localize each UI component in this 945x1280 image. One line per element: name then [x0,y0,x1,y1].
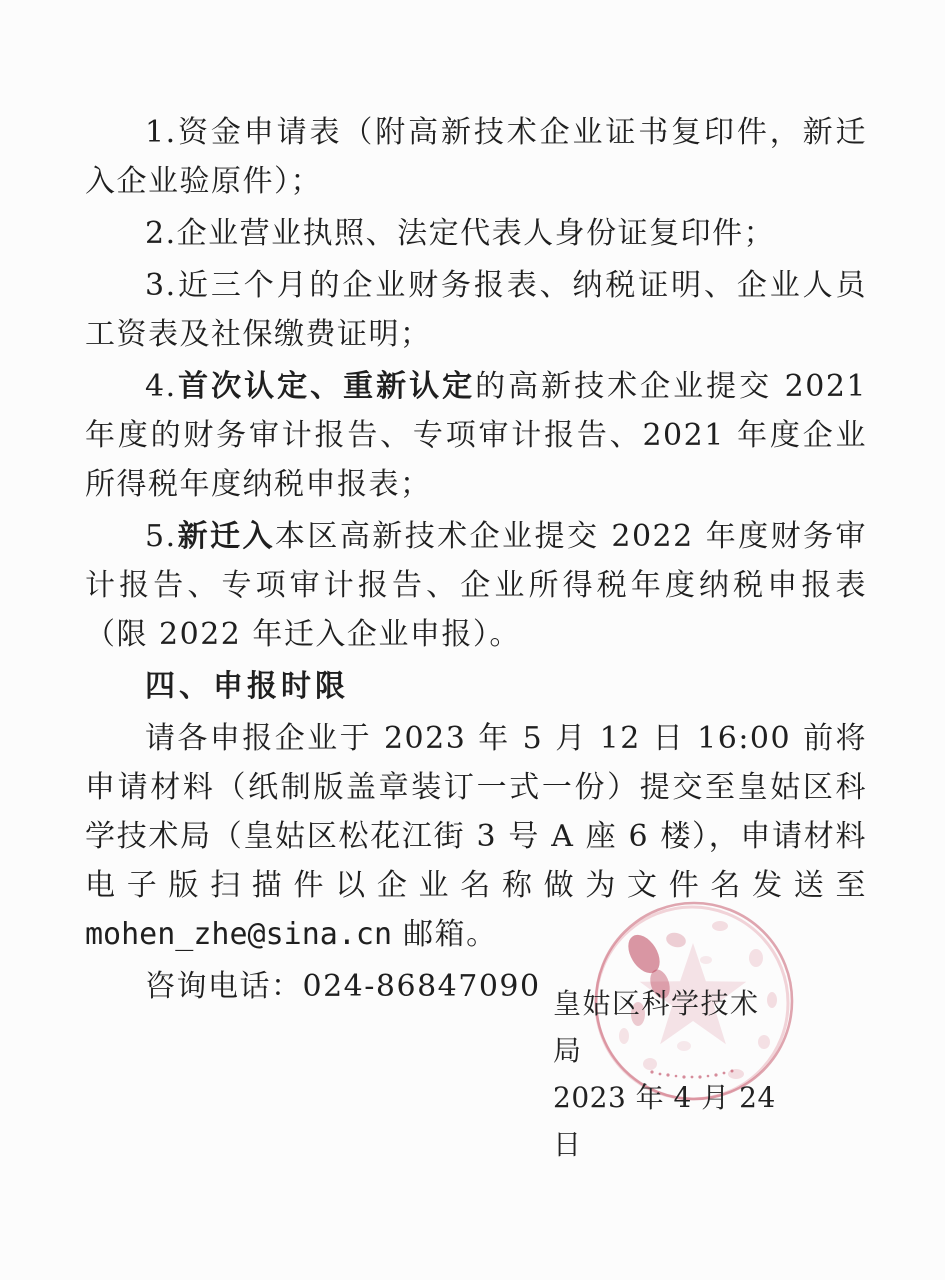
text-run: 5. [145,519,177,554]
signature-block: 皇姑区科学技术局 2023 年 4 月 24 日 [553,980,783,1168]
text-run: 2.企业营业执照、法定代表人身份证复印件； [145,216,775,251]
bold-text-run: 首次认定、重新认定 [177,369,476,404]
issuer-name: 皇姑区科学技术局 [553,980,783,1074]
text-run: 请各申报企业于 2023 年 5 月 12 日 16:00 前将申请材料（纸制版… [85,721,867,903]
item-5: 5.新迁入本区高新技术企业提交 2022 年度财务审计报告、专项审计报告、企业所… [85,512,867,659]
item-2: 2.企业营业执照、法定代表人身份证复印件； [85,209,867,258]
deadline-paragraph: 请各申报企业于 2023 年 5 月 12 日 16:00 前将申请材料（纸制版… [85,714,867,959]
item-3: 3.近三个月的企业财务报表、纳税证明、企业人员工资表及社保缴费证明； [85,261,867,359]
text-run: 邮箱。 [392,917,498,952]
email-text: mohen_zhe@sina.cn [85,917,392,952]
document-body: 1.资金申请表（附高新技术企业证书复印件，新迁入企业验原件）；2.企业营业执照、… [85,108,867,1014]
bold-text-run: 新迁入 [177,519,275,554]
issue-date: 2023 年 4 月 24 日 [553,1074,783,1168]
text-run: 3.近三个月的企业财务报表、纳税证明、企业人员工资表及社保缴费证明； [85,268,867,352]
document-page: 1.资金申请表（附高新技术企业证书复印件，新迁入企业验原件）；2.企业营业执照、… [0,0,945,1280]
item-1: 1.资金申请表（附高新技术企业证书复印件，新迁入企业验原件）； [85,108,867,206]
text-run: 咨询电话：024-86847090 [145,969,541,1004]
text-run: 4. [145,369,177,404]
text-run: 1.资金申请表（附高新技术企业证书复印件，新迁入企业验原件）； [85,115,867,199]
item-4: 4.首次认定、重新认定的高新技术企业提交 2021 年度的财务审计报告、专项审计… [85,362,867,509]
section-heading: 四、申报时限 [85,662,867,711]
